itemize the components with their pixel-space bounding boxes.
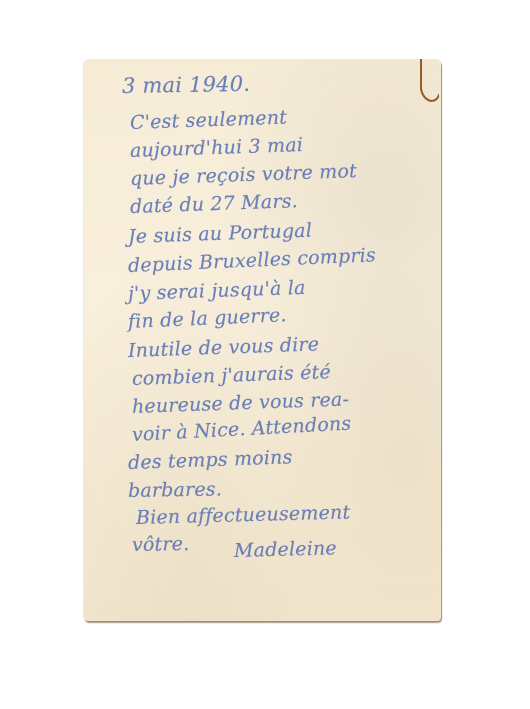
letter-line: barbares. (128, 478, 222, 502)
letter-line: Inutile de vous dire (128, 333, 320, 362)
letter-line: j'y serai jusqu'à la (128, 277, 306, 305)
letter-line: voir à Nice. Attendons (131, 413, 351, 446)
letter-line: combien j'aurais été (132, 361, 332, 390)
letter-line: Je suis au Portugal (128, 220, 313, 248)
letter-line: des temps moins (128, 446, 293, 474)
letter-line: que je reçois votre mot (130, 160, 358, 190)
postcard: 3 mai 1940. C'est seulement aujourd'hui … (84, 60, 441, 621)
letter-line: fin de la guerre. (128, 304, 288, 333)
handwritten-letter: 3 mai 1940. C'est seulement aujourd'hui … (84, 60, 441, 621)
letter-line: depuis Bruxelles compris (128, 244, 377, 277)
letter-line: aujourd'hui 3 mai (130, 134, 304, 162)
letter-line: C'est seulement (130, 107, 288, 134)
letter-closing: Bien affectueusement (136, 501, 351, 529)
letter-closing: vôtre. (132, 533, 190, 556)
letter-line: daté du 27 Mars. (130, 190, 299, 218)
signature: Madeleine (234, 537, 337, 562)
letter-date: 3 mai 1940. (122, 72, 251, 98)
